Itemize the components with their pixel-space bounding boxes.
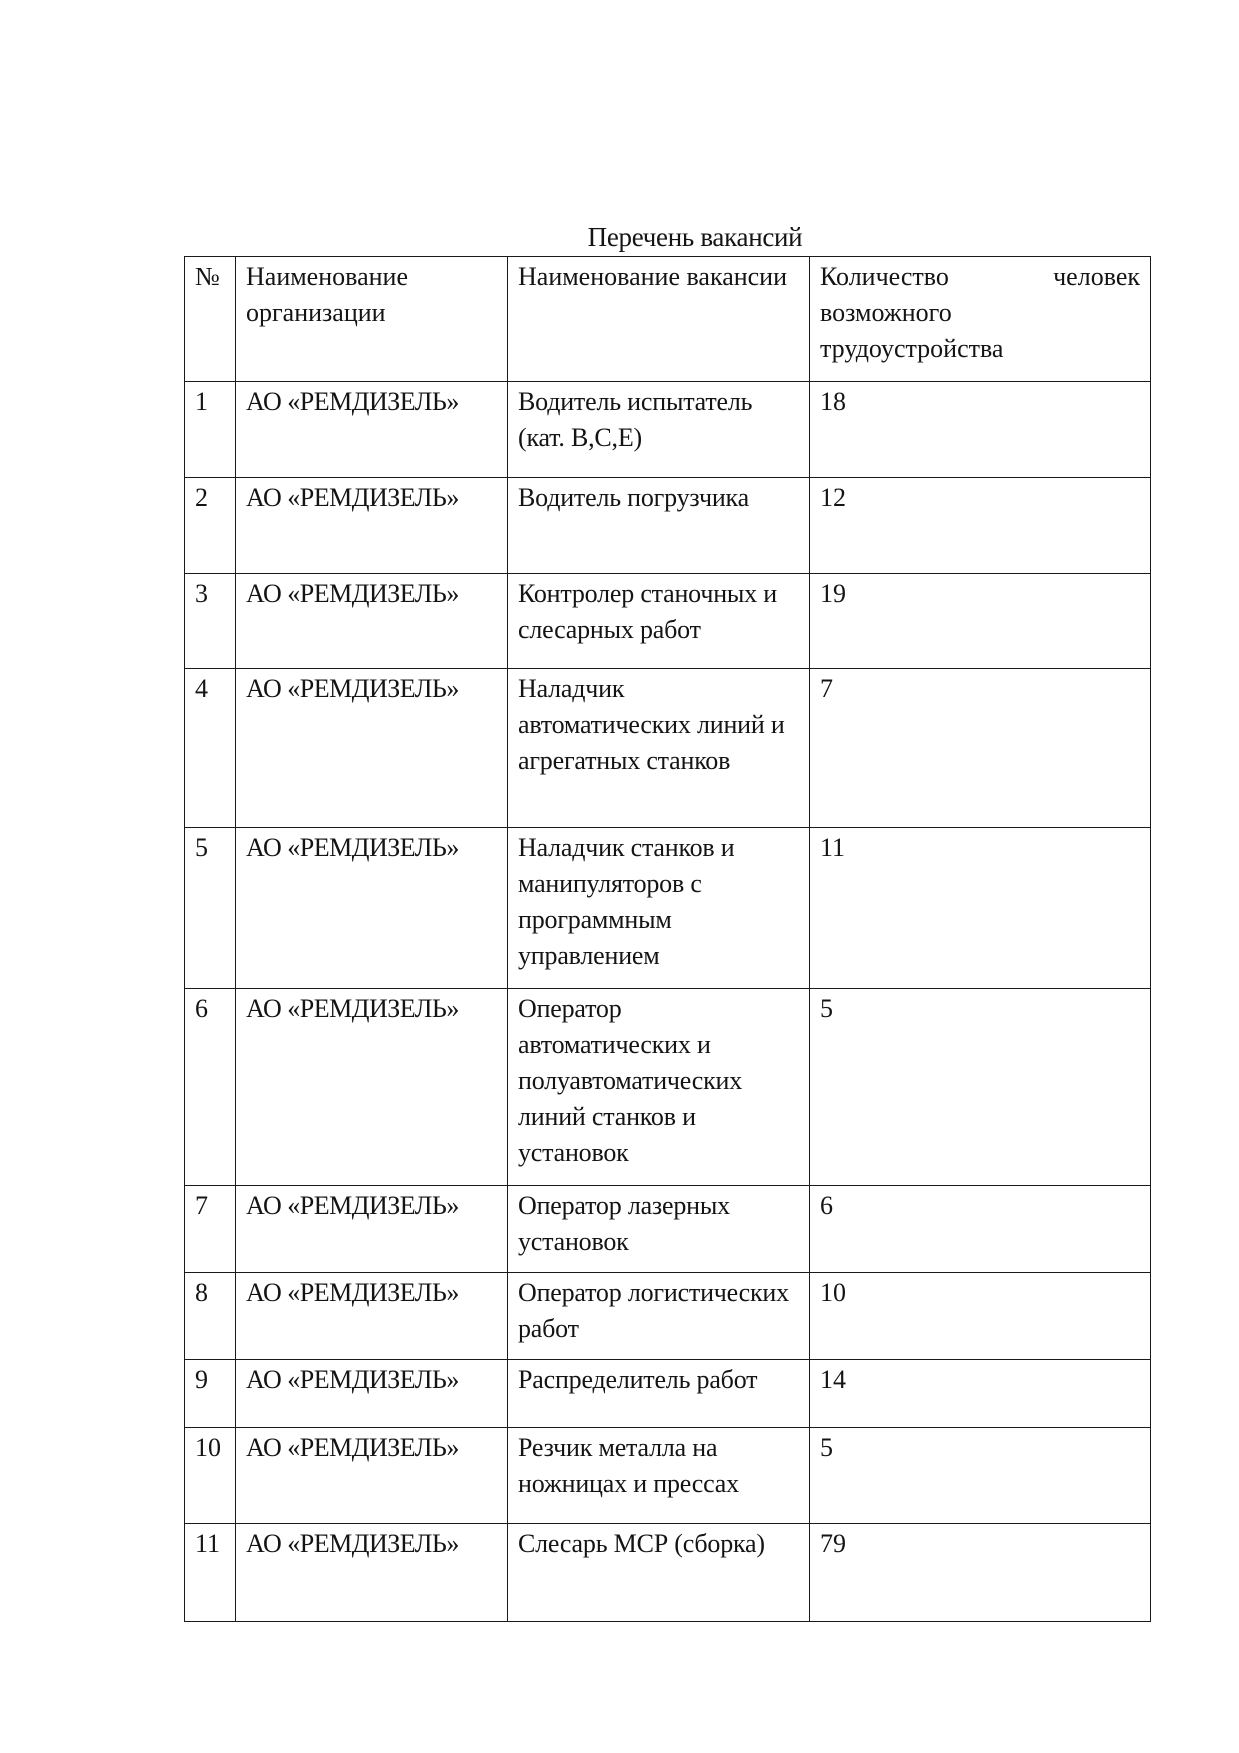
row-organization-text: АО «РЕМДИЗЕЛЬ» [246,674,459,703]
row-organization: АО «РЕМДИЗЕЛЬ» [236,574,508,669]
row-vacancy-text: Распределитель работ [518,1365,757,1394]
table-row: 1АО «РЕМДИЗЕЛЬ»Водитель испытатель (кат.… [185,382,1151,478]
row-organization: АО «РЕМДИЗЕЛЬ» [236,828,508,989]
table-row: 9АО «РЕМДИЗЕЛЬ»Распределитель работ14 [185,1360,1151,1428]
row-count: 11 [810,828,1151,989]
row-number: 4 [185,669,236,828]
row-vacancy: Распределитель работ [508,1360,810,1428]
row-number: 3 [185,574,236,669]
row-organization-text: АО «РЕМДИЗЕЛЬ» [246,483,459,512]
row-vacancy-text: Оператор лазерных установок [518,1191,730,1256]
header-count-rest: возможного трудоустройства [820,295,1020,367]
row-number: 10 [185,1428,236,1524]
row-number-text: 10 [195,1433,221,1462]
row-organization: АО «РЕМДИЗЕЛЬ» [236,989,508,1186]
row-count-text: 5 [820,1433,833,1462]
row-count: 19 [810,574,1151,669]
row-count-text: 6 [820,1191,833,1220]
row-number-text: 4 [195,674,208,703]
table-row: 8АО «РЕМДИЗЕЛЬ»Оператор логистических ра… [185,1273,1151,1360]
row-number: 11 [185,1524,236,1622]
row-count: 18 [810,382,1151,478]
row-count: 12 [810,478,1151,574]
row-count: 5 [810,1428,1151,1524]
header-num: № [185,257,236,382]
row-count-text: 5 [820,994,833,1023]
table-row: 2АО «РЕМДИЗЕЛЬ»Водитель погрузчика12 [185,478,1151,574]
header-vacancy: Наименование вакансии [508,257,810,382]
row-vacancy-text: Оператор логистических работ [518,1278,789,1343]
row-number-text: 11 [195,1529,220,1558]
row-count-text: 11 [820,833,845,862]
header-count-word1: Количество [820,259,949,295]
row-number-text: 5 [195,833,208,862]
row-organization-text: АО «РЕМДИЗЕЛЬ» [246,833,459,862]
row-organization-text: АО «РЕМДИЗЕЛЬ» [246,387,459,416]
row-count: 10 [810,1273,1151,1360]
document-page: Перечень вакансий № Наименование организ… [0,0,1239,1753]
row-organization-text: АО «РЕМДИЗЕЛЬ» [246,1365,459,1394]
row-organization-text: АО «РЕМДИЗЕЛЬ» [246,994,459,1023]
row-organization-text: АО «РЕМДИЗЕЛЬ» [246,1529,459,1558]
row-count-text: 18 [820,387,846,416]
table-header-row: № Наименование организации Наименование … [185,257,1151,382]
row-count-text: 14 [820,1365,846,1394]
row-number: 2 [185,478,236,574]
row-vacancy-text: Наладчик автоматических линий и агрегатн… [518,674,785,775]
row-organization-text: АО «РЕМДИЗЕЛЬ» [246,1433,459,1462]
row-organization: АО «РЕМДИЗЕЛЬ» [236,669,508,828]
row-number: 7 [185,1186,236,1273]
row-organization: АО «РЕМДИЗЕЛЬ» [236,1524,508,1622]
row-count-text: 79 [820,1529,846,1558]
row-number-text: 9 [195,1365,208,1394]
row-organization: АО «РЕМДИЗЕЛЬ» [236,1428,508,1524]
row-count: 5 [810,989,1151,1186]
row-number: 5 [185,828,236,989]
table-row: 4АО «РЕМДИЗЕЛЬ»Наладчик автоматических л… [185,669,1151,828]
row-organization: АО «РЕМДИЗЕЛЬ» [236,1186,508,1273]
table-body: 1АО «РЕМДИЗЕЛЬ»Водитель испытатель (кат.… [185,382,1151,1622]
row-vacancy-text: Наладчик станков и манипуляторов с прогр… [518,833,735,970]
row-vacancy: Наладчик станков и манипуляторов с прогр… [508,828,810,989]
row-vacancy: Контролер станочных и слесарных работ [508,574,810,669]
row-vacancy-text: Водитель испытатель (кат. В,С,Е) [518,387,752,452]
header-count: Количество человек возможного трудоустро… [810,257,1151,382]
row-count-text: 19 [820,579,846,608]
table-row: 7АО «РЕМДИЗЕЛЬ»Оператор лазерных установ… [185,1186,1151,1273]
row-number-text: 2 [195,483,208,512]
row-organization-text: АО «РЕМДИЗЕЛЬ» [246,1278,459,1307]
document-title: Перечень вакансий [560,222,830,252]
row-number-text: 1 [195,387,208,416]
row-organization: АО «РЕМДИЗЕЛЬ» [236,382,508,478]
row-number: 9 [185,1360,236,1428]
row-vacancy: Оператор логистических работ [508,1273,810,1360]
row-number-text: 6 [195,994,208,1023]
row-count: 7 [810,669,1151,828]
row-organization: АО «РЕМДИЗЕЛЬ» [236,1273,508,1360]
row-vacancy: Водитель погрузчика [508,478,810,574]
row-number-text: 3 [195,579,208,608]
row-number: 6 [185,989,236,1186]
row-vacancy: Оператор лазерных установок [508,1186,810,1273]
table-row: 10АО «РЕМДИЗЕЛЬ»Резчик металла на ножниц… [185,1428,1151,1524]
row-count-text: 10 [820,1278,846,1307]
row-count: 6 [810,1186,1151,1273]
row-vacancy: Слесарь МСР (сборка) [508,1524,810,1622]
row-organization-text: АО «РЕМДИЗЕЛЬ» [246,1191,459,1220]
row-vacancy: Резчик металла на ножницах и прессах [508,1428,810,1524]
row-organization: АО «РЕМДИЗЕЛЬ» [236,478,508,574]
row-number-text: 7 [195,1191,208,1220]
row-count-text: 7 [820,674,833,703]
row-count-text: 12 [820,483,846,512]
table-row: 5АО «РЕМДИЗЕЛЬ»Наладчик станков и манипу… [185,828,1151,989]
row-organization: АО «РЕМДИЗЕЛЬ» [236,1360,508,1428]
row-count: 14 [810,1360,1151,1428]
header-organization: Наименование организации [236,257,508,382]
vacancies-table: № Наименование организации Наименование … [184,256,1151,1622]
row-vacancy: Наладчик автоматических линий и агрегатн… [508,669,810,828]
row-vacancy-text: Водитель погрузчика [518,483,749,512]
table-row: 6АО «РЕМДИЗЕЛЬ»Оператор автоматических и… [185,989,1151,1186]
row-count: 79 [810,1524,1151,1622]
table-row: 11АО «РЕМДИЗЕЛЬ»Слесарь МСР (сборка)79 [185,1524,1151,1622]
header-count-line1: Количество человек [820,259,1140,295]
row-number: 1 [185,382,236,478]
row-vacancy-text: Слесарь МСР (сборка) [518,1529,765,1558]
row-vacancy-text: Оператор автоматических и полуавтоматиче… [518,994,742,1167]
table-row: 3АО «РЕМДИЗЕЛЬ»Контролер станочных и сле… [185,574,1151,669]
row-vacancy: Оператор автоматических и полуавтоматиче… [508,989,810,1186]
row-number-text: 8 [195,1278,208,1307]
row-vacancy: Водитель испытатель (кат. В,С,Е) [508,382,810,478]
row-organization-text: АО «РЕМДИЗЕЛЬ» [246,579,459,608]
row-number: 8 [185,1273,236,1360]
header-count-word2: человек [1053,259,1140,295]
row-vacancy-text: Контролер станочных и слесарных работ [518,579,777,644]
row-vacancy-text: Резчик металла на ножницах и прессах [518,1433,739,1498]
